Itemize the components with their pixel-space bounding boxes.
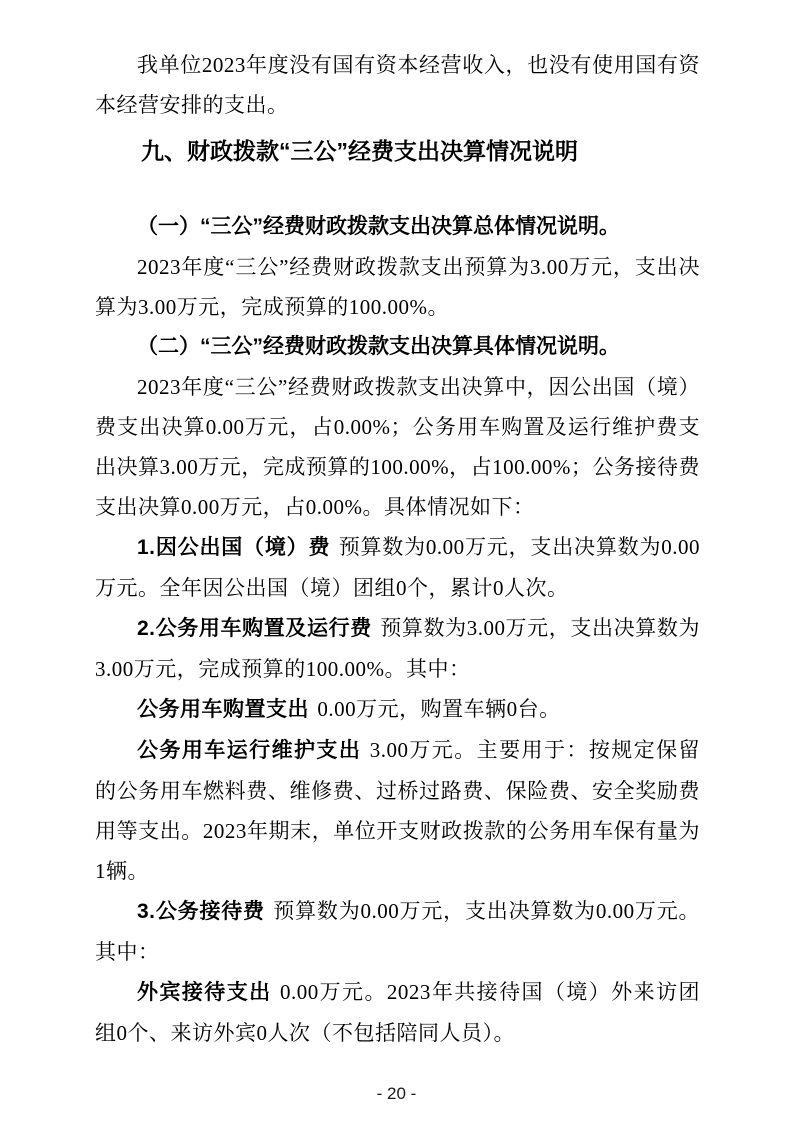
document-content: 我单位2023年度没有国有资本经营收入，也没有使用国有资本经营安排的支出。 九、…: [95, 45, 700, 1053]
item2-term: 2.公务用车购置及运行费: [137, 617, 372, 640]
heading-sub-one: （一）“三公”经费财政拨款支出决算总体情况说明。: [95, 207, 700, 247]
item1-term: 1.因公出国（境）费: [137, 536, 330, 559]
item2-purchase-term: 公务用车购置支出: [137, 698, 309, 721]
item2-maintenance-term: 公务用车运行维护支出: [137, 739, 361, 762]
heading-sub-two: （二）“三公”经费财政拨款支出决算具体情况说明。: [95, 327, 700, 367]
para-item2-vehicle-maintenance: 公务用车运行维护支出3.00万元。主要用于：按规定保留的公务用车燃料费、维修费、…: [95, 730, 700, 891]
page-number: - 20 -: [377, 1084, 417, 1103]
para-state-capital: 我单位2023年度没有国有资本经营收入，也没有使用国有资本经营安排的支出。: [95, 45, 700, 125]
para-detail-situation: 2023年度“三公”经费财政拨款支出决算中，因公出国（境）费支出决算0.00万元…: [95, 367, 700, 527]
para-item1-abroad-fee: 1.因公出国（境）费预算数为0.00万元，支出决算数为0.00万元。全年因公出国…: [95, 527, 700, 608]
item3-term: 3.公务接待费: [137, 900, 265, 923]
para-item3-foreign-guest: 外宾接待支出0.00万元。2023年共接待国（境）外来访团组0个、来访外宾0人次…: [95, 972, 700, 1053]
para-item2-vehicle-fee: 2.公务用车购置及运行费预算数为3.00万元，支出决算数为3.00万元，完成预算…: [95, 608, 700, 689]
para-overall-situation: 2023年度“三公”经费财政拨款支出预算为3.00万元，支出决算为3.00万元，…: [95, 247, 700, 327]
para-item3-reception-fee: 3.公务接待费预算数为0.00万元，支出决算数为0.00万元。其中：: [95, 891, 700, 972]
para-item2-vehicle-purchase: 公务用车购置支出0.00万元，购置车辆0台。: [95, 689, 700, 730]
page-footer: - 20 -: [0, 1084, 793, 1104]
document-page: 我单位2023年度没有国有资本经营收入，也没有使用国有资本经营安排的支出。 九、…: [0, 0, 793, 1122]
item2-purchase-text: 0.00万元，购置车辆0台。: [309, 697, 561, 721]
item3-foreign-term: 外宾接待支出: [137, 981, 272, 1004]
heading-section-nine: 九、财政拨款“三公”经费支出决算情况说明: [95, 131, 700, 171]
